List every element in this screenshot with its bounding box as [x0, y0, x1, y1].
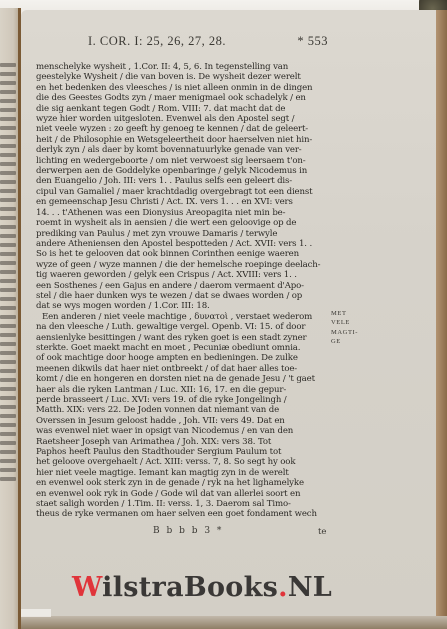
- text-line: haer als die ryken Lantman / Luc. XII: 1…: [36, 385, 326, 395]
- text-line: aensienlyke besittingen / want des ryken…: [36, 333, 326, 343]
- text-line: theus de ryke vermanen om haer selven ee…: [36, 509, 326, 519]
- text-line: tig waeren geworden / gelyk een Crispus …: [36, 270, 326, 280]
- text-line: Matth. XIX: vers 22. De Joden vonnen dat…: [36, 405, 326, 415]
- text-line: meenen dikwils dat haer niet ontbreekt /…: [36, 364, 326, 374]
- page-corner-highlight: [21, 609, 51, 617]
- text-line: Raetsheer Joseph van Arimathea / Joh. XI…: [36, 437, 326, 447]
- text-line: hier niet veele magtige. Iemant kan magt…: [36, 468, 326, 478]
- left-page-text-lines: [0, 63, 16, 486]
- text-line: lichting en wedergeboorte / om niet verw…: [36, 156, 326, 166]
- text-line: na den vleesche / Luth. gewaltige vergel…: [36, 322, 326, 332]
- text-line: en het bedenken des vleesches / is niet …: [36, 83, 326, 93]
- text-line: wyze of geen / wyze mannen / die der hem…: [36, 260, 326, 270]
- text-line: die sig aenkant tegen Godt / Rom. VIII: …: [36, 104, 326, 114]
- margin-note-line: MAGTI-: [331, 328, 358, 337]
- text-line: stel / die haer dunken wys te wezen / da…: [36, 291, 326, 301]
- page-number: * 553: [297, 34, 328, 49]
- text-line: komt / die en hongeren en dorsten niet n…: [36, 374, 326, 384]
- text-line: prediking van Paulus / met zyn vrouwe Da…: [36, 229, 326, 239]
- margin-note-line: MET: [331, 309, 358, 318]
- text-line: Een anderen / niet veele machtige , δυνα…: [36, 312, 326, 322]
- text-line: of ook machtige door hooge ampten en bed…: [36, 353, 326, 363]
- text-line: derlyk zyn / als daer by komt bovennatuu…: [36, 145, 326, 155]
- text-line: was evenwel niet waer in opsigt van Nico…: [36, 426, 326, 436]
- text-line: wyze hier worden uitgesloten. Evenwel al…: [36, 114, 326, 124]
- signature-mark: B b b b 3 *: [153, 526, 223, 536]
- text-line: perde brasseert / Luc. XVI: vers 19. of …: [36, 395, 326, 405]
- left-page-edge: [0, 8, 19, 629]
- page-bottom-edge: [21, 616, 447, 629]
- text-line: heit / de Philosophie en Wetsgeleertheit…: [36, 135, 326, 145]
- page-right-edge: [436, 10, 447, 629]
- text-line: Overssen in Jesum geloost hadde , Joh. V…: [36, 416, 326, 426]
- text-line: en evenwel ook ryk in Gode / Gode wil da…: [36, 489, 326, 499]
- text-line: dat se wys mogen worden / 1.Cor. III: 18…: [36, 301, 326, 311]
- text-line: en gemeenschap Jesu Christi / Act. IX. v…: [36, 197, 326, 207]
- text-line: niet veele wyzen : zo geeft hy genoeg te…: [36, 124, 326, 134]
- watermark-first-letter: W: [72, 572, 102, 603]
- watermark-suffix: NL: [288, 572, 332, 603]
- text-line: So is het te gelooven dat ook binnen Cor…: [36, 249, 326, 259]
- margin-note-line: GE: [331, 337, 358, 346]
- watermark-logo: WilstraBooks.NL: [72, 572, 332, 603]
- text-line: den Euangelio / Joh. III: vers 1. . Paul…: [36, 176, 326, 186]
- text-line: 14. . . t'Athenen was een Dionysius Areo…: [36, 208, 326, 218]
- text-line: cipul van Gamaliel / maer krachtdadig ov…: [36, 187, 326, 197]
- running-head-reference: I. COR. I: 25, 26, 27, 28.: [88, 34, 226, 49]
- text-line: menschelyke wysheit , 1.Cor. II: 4, 5, 6…: [36, 62, 326, 72]
- text-line: Paphos heeft Paulus den Stadthouder Serg…: [36, 447, 326, 457]
- margin-note: MET VELE MAGTI- GE: [331, 309, 358, 347]
- text-line: derwerpen aen de Goddelyke openbaringe /…: [36, 166, 326, 176]
- text-line: een Sosthenes / een Gajus en andere / da…: [36, 281, 326, 291]
- text-line: het geloove overgehaelt / Act. XIII: ver…: [36, 457, 326, 467]
- text-line: geestelyke Wysheit / die van boven is. D…: [36, 72, 326, 82]
- body-text: menschelyke wysheit , 1.Cor. II: 4, 5, 6…: [36, 62, 326, 520]
- text-line: andere Atheniensen den Apostel bespotted…: [36, 239, 326, 249]
- watermark-name: ilstraBooks: [102, 572, 278, 603]
- text-line: sterkte. Goet maekt macht en moet , Pecu…: [36, 343, 326, 353]
- running-head: I. COR. I: 25, 26, 27, 28. * 553: [88, 34, 428, 52]
- text-line: roemt in wysheit als in aensien / die we…: [36, 218, 326, 228]
- text-line: die des Geestes Godts zyn / maer menigma…: [36, 93, 326, 103]
- margin-note-line: VELE: [331, 318, 358, 327]
- catchword: te: [318, 527, 326, 537]
- watermark-dot: .: [278, 572, 288, 603]
- text-line: en evenwel ook sterk zyn in de genade / …: [36, 478, 326, 488]
- text-line: staet saligh worden / 1.Tim. II: verss. …: [36, 499, 326, 509]
